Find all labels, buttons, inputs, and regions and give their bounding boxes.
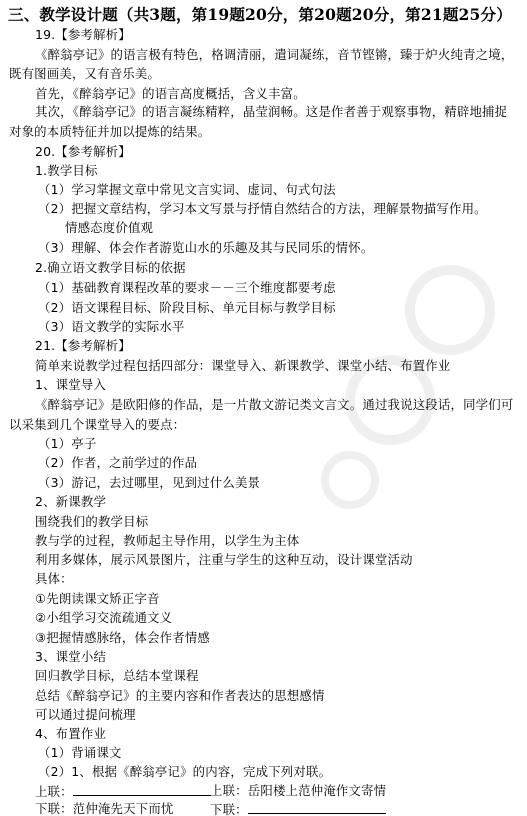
couplet-left-upper: 上联： <box>35 783 211 800</box>
q20-s2-item: （2）语文课程目标、阶段目标、单元目标与教学目标 <box>38 300 336 316</box>
q21-part4-title: 4、布置作业 <box>35 726 106 742</box>
q19-paragraph-2: 首先，《醉翁亭记》的语言高度概括，含义丰富。 <box>35 86 306 102</box>
q21-part4-item: （2）1、根据《醉翁亭记》的内容，完成下列对联。 <box>38 764 331 780</box>
q21-part2-line: 具体： <box>35 571 73 587</box>
document-page: 三、教学设计题（共3题，第19题20分，第20题20分，第21题25分） 19.… <box>0 0 527 816</box>
q20-s2-item: （3）语文教学的实际水平 <box>38 319 185 335</box>
q21-part3-line: 总结《醉翁亭记》的主要内容和作者表达的思想感情 <box>35 688 325 704</box>
couplet-left-lower: 下联：范仲淹先天下而忧 <box>35 801 174 816</box>
q21-part3-line: 回归教学目标，总结本堂课程 <box>35 668 199 684</box>
q21-part3-line: 可以通过提问梳理 <box>35 707 136 723</box>
q21-intro: 简单来说教学过程包括四部分：课堂导入、新课教学、课堂小结、布置作业 <box>35 358 451 374</box>
q21-part3-title: 3、课堂小结 <box>35 649 106 665</box>
q21-part2-step: ②小组学习交流疏通文义 <box>35 610 172 626</box>
couplet-right-upper: 上联：岳阳楼上范仲淹作文寄情 <box>210 783 386 799</box>
q21-part2-line: 利用多媒体，展示风景图片，注重与学生的这种互动，设计课堂活动 <box>35 552 413 568</box>
q19-paragraph-1a: 《醉翁亭记》的语言极有特色，格调清丽，遣词凝练，音节铿锵，臻于炉火纯青之境， <box>35 47 513 63</box>
couplet-left-lower-text: 范仲淹先天下而忧 <box>73 801 174 816</box>
q20-section1-title: 1.教学目标 <box>35 163 98 179</box>
q21-part2-step: ①先朗读课文矫正字音 <box>35 591 160 607</box>
q21-part1-item: （2）作者，之前学过的作品 <box>38 455 197 471</box>
q21-part4-item: （1）背诵课文 <box>38 745 122 761</box>
q21-part2-title: 2、新课教学 <box>35 494 106 510</box>
q21-part2-line: 教与学的过程，教师起主导作用，以学生为主体 <box>35 533 299 549</box>
q19-paragraph-3b: 对象的本质特征并加以提炼的结果。 <box>9 124 210 140</box>
q21-part1-item: （1）亭子 <box>38 436 96 452</box>
q20-s1-item: （3）理解、体会作者游览山水的乐趣及其与民同乐的情怀。 <box>38 240 373 256</box>
couplet-right-lower-blank <box>248 801 386 814</box>
couplet-right-upper-text: 岳阳楼上范仲淹作文寄情 <box>248 783 387 798</box>
q19-paragraph-1b: 既有图画美，又有音乐美。 <box>9 66 160 82</box>
q21-part2-step: ③把握情感脉络，体会作者情感 <box>35 630 210 646</box>
section-heading: 三、教学设计题（共3题，第19题20分，第20题20分，第21题25分） <box>8 3 512 25</box>
q20-s1-item: （1）学习掌握文章中常见文言实词、虚词、句式句法 <box>38 182 336 198</box>
couplet-left-lower-label: 下联： <box>35 801 73 816</box>
q20-section2-title: 2.确立语文教学目标的依据 <box>35 260 186 276</box>
q20-s2-item: （1）基础教育课程改革的要求－－三个维度都要考虑 <box>38 280 336 296</box>
couplet-left-upper-label: 上联： <box>35 784 73 799</box>
couplet-right-upper-label: 上联： <box>210 783 248 798</box>
couplet-right-lower-label: 下联： <box>210 802 248 816</box>
q20-title: 20.【参考解析】 <box>35 144 131 160</box>
q19-title: 19.【参考解析】 <box>35 27 131 43</box>
q19-paragraph-3a: 其次，《醉翁亭记》的语言凝练精粹，晶莹润畅。这是作者善于观察事物，精辟地捕捉 <box>35 104 507 120</box>
q21-part1-item: （3）游记，去过哪里，见到过什么美景 <box>38 475 260 491</box>
q21-part1-title: 1、课堂导入 <box>35 377 106 393</box>
q21-part1-paragraph-a: 《醉翁亭记》是欧阳修的作品，是一片散文游记类文言文。通过我说这段话，同学们可 <box>35 397 513 413</box>
q21-title: 21.【参考解析】 <box>35 338 131 354</box>
couplet-right-lower: 下联： <box>210 801 386 816</box>
q21-part2-line: 围绕我们的教学目标 <box>35 514 148 530</box>
q20-s1-item: 情感态度价值观 <box>65 220 153 236</box>
q20-s1-item: （2）把握文章结构，学习本文写景与抒情自然结合的方法，理解景物描写作用。 <box>38 201 487 217</box>
couplet-left-upper-blank <box>73 783 211 796</box>
q21-part1-paragraph-b: 以采集到几个课堂导入的要点： <box>9 417 185 433</box>
